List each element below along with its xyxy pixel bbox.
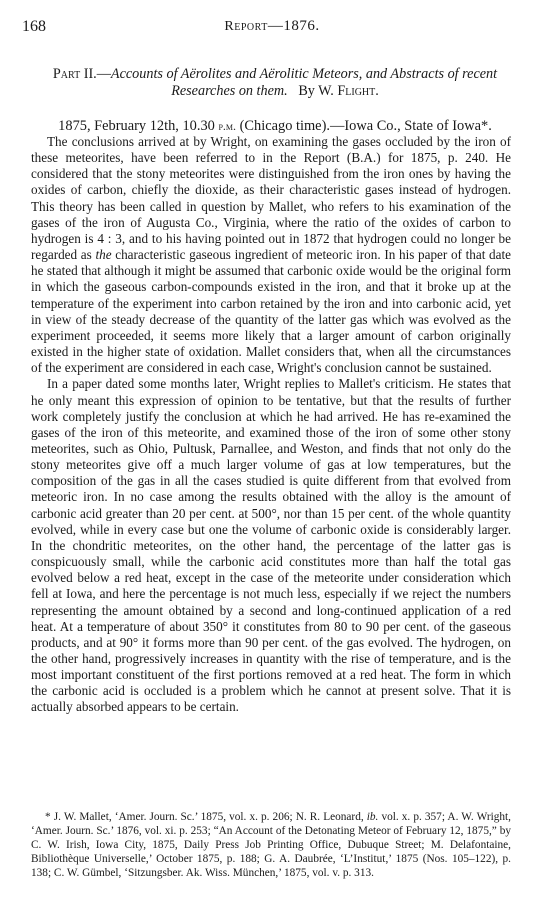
paragraph-text: The conclusions arrived at by Wright, on… bbox=[31, 134, 511, 262]
paragraph-text: characteristic gaseous ingredient of met… bbox=[31, 247, 511, 375]
byline-prefix: By W. bbox=[298, 83, 333, 99]
running-head-year: —1876. bbox=[268, 18, 320, 34]
footnote-text: * J. W. Mallet, ‘Amer. Journ. Sc.’ 1875,… bbox=[31, 810, 511, 880]
page-header: 168 Report—1876. bbox=[22, 18, 522, 38]
entry-location: (Chicago time).—Iowa Co., State of Iowa*… bbox=[240, 118, 492, 134]
paragraph: In a paper dated some months later, Wrig… bbox=[31, 376, 511, 715]
section-title: Part II.—Accounts of Aërolites and Aërol… bbox=[28, 66, 522, 100]
part-label: Part II. bbox=[53, 66, 97, 82]
entry-date: 1875, February 12th, 10.30 bbox=[58, 118, 215, 134]
entry-heading: 1875, February 12th, 10.30 p.m. (Chicago… bbox=[28, 118, 522, 135]
footnote-ibid: ib. bbox=[367, 811, 379, 823]
paragraph: The conclusions arrived at by Wright, on… bbox=[31, 134, 511, 376]
body-text: The conclusions arrived at by Wright, on… bbox=[31, 134, 511, 716]
footnote-part: * J. W. Mallet, ‘Amer. Journ. Sc.’ 1875,… bbox=[45, 811, 367, 823]
document-page: 168 Report—1876. Part II.—Accounts of Aë… bbox=[0, 0, 550, 910]
running-head-label: Report bbox=[224, 19, 267, 34]
title-dash: — bbox=[97, 66, 111, 82]
emphasis: the bbox=[95, 247, 111, 262]
running-head: Report—1876. bbox=[22, 18, 522, 35]
entry-time-suffix: p.m. bbox=[218, 119, 236, 133]
footnote: * J. W. Mallet, ‘Amer. Journ. Sc.’ 1875,… bbox=[31, 810, 511, 880]
author-name: Flight. bbox=[337, 83, 378, 99]
